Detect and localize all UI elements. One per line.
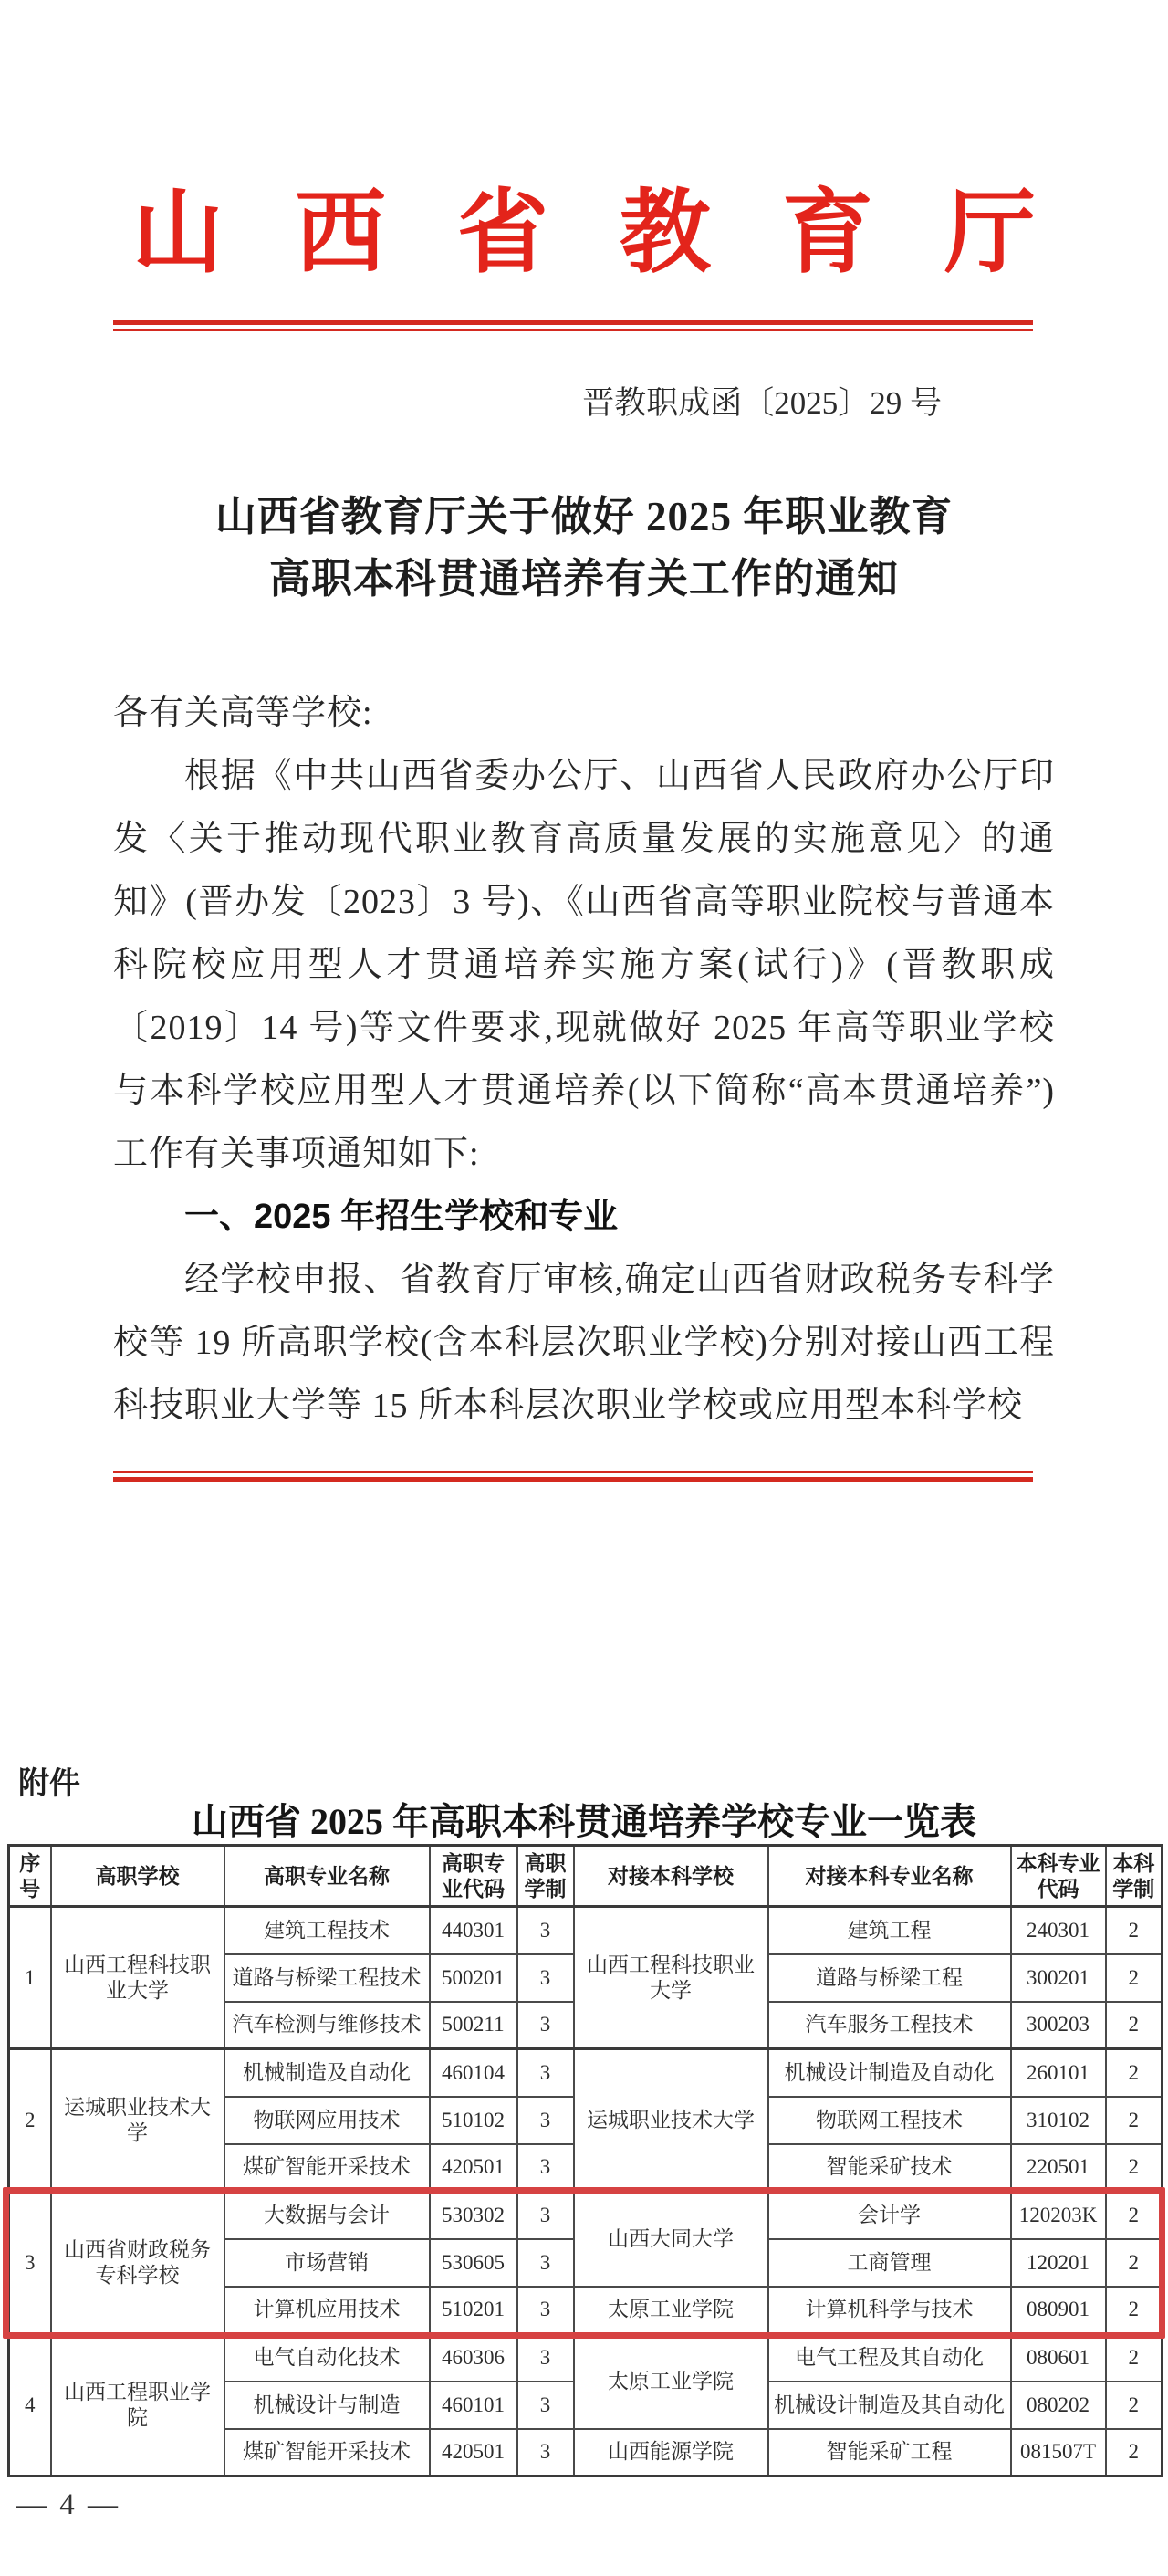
vocational-years-cell: 3 — [517, 2287, 574, 2334]
agency-title-char: 西 — [295, 170, 386, 298]
bachelor-major-cell: 道路与桥梁工程 — [768, 1954, 1011, 2002]
bachelor-school-cell: 山西大同大学 — [574, 2192, 768, 2287]
table-title: 山西省 2025 年高职本科贯通培养学校专业一览表 — [0, 1793, 1168, 1845]
vocational-code-cell: 500211 — [430, 2002, 517, 2049]
vocational-major-cell: 电气自动化技术 — [224, 2334, 430, 2382]
vocational-years-cell: 3 — [517, 2192, 574, 2239]
bachelor-years-cell: 2 — [1106, 1954, 1163, 2002]
doc-number: 晋教职成函〔2025〕29 号 — [0, 378, 942, 424]
bachelor-code-cell: 260101 — [1011, 2049, 1106, 2097]
vocational-school-cell: 运城职业技术大学 — [51, 2049, 224, 2192]
vocational-years-cell: 3 — [517, 2239, 574, 2287]
table-row: 4山西工程职业学院电气自动化技术4603063太原工业学院电气工程及其自动化08… — [9, 2334, 1163, 2382]
column-header: 本科专业代码 — [1011, 1846, 1106, 1907]
document-title-line1: 山西省教育厅关于做好 2025 年职业教育 — [0, 486, 1168, 548]
vocational-school-cell: 山西工程科技职业大学 — [51, 1907, 224, 2049]
vocational-major-cell: 计算机应用技术 — [224, 2287, 430, 2334]
table-container: 序号高职学校高职专业名称高职专业代码高职学制对接本科学校对接本科专业名称本科专业… — [7, 1844, 1161, 2477]
vocational-years-cell: 3 — [517, 2144, 574, 2192]
vocational-code-cell: 510102 — [430, 2097, 517, 2144]
bachelor-major-cell: 智能采矿工程 — [768, 2429, 1011, 2477]
document-page: 山西省教育厅 晋教职成函〔2025〕29 号 山西省教育厅关于做好 2025 年… — [0, 0, 1168, 2576]
seq-cell: 2 — [9, 2049, 51, 2192]
bachelor-major-cell: 汽车服务工程技术 — [768, 2002, 1011, 2049]
bachelor-school-cell: 山西能源学院 — [574, 2429, 768, 2477]
bachelor-code-cell: 240301 — [1011, 1907, 1106, 1954]
document-title: 山西省教育厅关于做好 2025 年职业教育 高职本科贯通培养有关工作的通知 — [0, 486, 1168, 610]
salutation: 各有关高等学校: — [113, 682, 1055, 745]
vocational-years-cell: 3 — [517, 2334, 574, 2382]
column-header: 序号 — [9, 1846, 51, 1907]
bachelor-major-cell: 电气工程及其自动化 — [768, 2334, 1011, 2382]
agency-title-char: 山 — [132, 170, 224, 298]
vocational-major-cell: 汽车检测与维修技术 — [224, 2002, 430, 2049]
table-row: 2运城职业技术大学机械制造及自动化4601043运城职业技术大学机械设计制造及自… — [9, 2049, 1163, 2097]
agency-title-char: 教 — [620, 170, 711, 298]
seq-cell: 3 — [9, 2192, 51, 2334]
bachelor-years-cell: 2 — [1106, 2097, 1163, 2144]
bachelor-major-cell: 会计学 — [768, 2192, 1011, 2239]
vocational-school-cell: 山西工程职业学院 — [51, 2334, 224, 2477]
vocational-years-cell: 3 — [517, 2002, 574, 2049]
vocational-major-cell: 机械设计与制造 — [224, 2382, 430, 2429]
column-header: 高职学校 — [51, 1846, 224, 1907]
vocational-code-cell: 530302 — [430, 2192, 517, 2239]
vocational-major-cell: 煤矿智能开采技术 — [224, 2144, 430, 2192]
column-header: 对接本科专业名称 — [768, 1846, 1011, 1907]
vocational-years-cell: 3 — [517, 2382, 574, 2429]
vocational-major-cell: 大数据与会计 — [224, 2192, 430, 2239]
header-row: 序号高职学校高职专业名称高职专业代码高职学制对接本科学校对接本科专业名称本科专业… — [9, 1846, 1163, 1907]
vocational-years-cell: 3 — [517, 2049, 574, 2097]
bachelor-major-cell: 建筑工程 — [768, 1907, 1011, 1954]
bachelor-code-cell: 080202 — [1011, 2382, 1106, 2429]
bachelor-years-cell: 2 — [1106, 2287, 1163, 2334]
vocational-school-cell: 山西省财政税务专科学校 — [51, 2192, 224, 2334]
vocational-code-cell: 460306 — [430, 2334, 517, 2382]
column-header: 高职专业名称 — [224, 1846, 430, 1907]
bachelor-years-cell: 2 — [1106, 1907, 1163, 1954]
vocational-code-cell: 420501 — [430, 2144, 517, 2192]
table-body: 1山西工程科技职业大学建筑工程技术4403013山西工程科技职业大学建筑工程24… — [9, 1907, 1163, 2477]
bachelor-code-cell: 080901 — [1011, 2287, 1106, 2334]
bachelor-code-cell: 120203K — [1011, 2192, 1106, 2239]
agency-title-char: 省 — [457, 170, 548, 298]
bachelor-years-cell: 2 — [1106, 2144, 1163, 2192]
document-title-line2: 高职本科贯通培养有关工作的通知 — [0, 548, 1168, 610]
bachelor-school-cell: 运城职业技术大学 — [574, 2049, 768, 2192]
bachelor-major-cell: 机械设计制造及其自动化 — [768, 2382, 1011, 2429]
table-header: 序号高职学校高职专业名称高职专业代码高职学制对接本科学校对接本科专业名称本科专业… — [9, 1846, 1163, 1907]
agency-title-char: 厅 — [944, 170, 1036, 298]
bachelor-years-cell: 2 — [1106, 2429, 1163, 2477]
vocational-code-cell: 530605 — [430, 2239, 517, 2287]
document-body: 各有关高等学校: 根据《中共山西省委办公厅、山西省人民政府办公厅印发〈关于推动现… — [113, 682, 1055, 1438]
vocational-major-cell: 市场营销 — [224, 2239, 430, 2287]
bachelor-major-cell: 物联网工程技术 — [768, 2097, 1011, 2144]
bachelor-code-cell: 120201 — [1011, 2239, 1106, 2287]
page-number: — 4 — — [16, 2488, 120, 2522]
column-header: 对接本科学校 — [574, 1846, 768, 1907]
section-heading: 一、2025 年招生学校和专业 — [113, 1186, 1055, 1249]
bachelor-school-cell: 山西工程科技职业大学 — [574, 1907, 768, 2049]
bachelor-years-cell: 2 — [1106, 2049, 1163, 2097]
vocational-code-cell: 460104 — [430, 2049, 517, 2097]
vocational-major-cell: 煤矿智能开采技术 — [224, 2429, 430, 2477]
vocational-major-cell: 物联网应用技术 — [224, 2097, 430, 2144]
seq-cell: 1 — [9, 1907, 51, 2049]
column-header: 高职专业代码 — [430, 1846, 517, 1907]
paragraph-school-list: 经学校申报、省教育厅审核,确定山西省财政税务专科学校等 19 所高职学校(含本科… — [113, 1249, 1055, 1438]
vocational-major-cell: 机械制造及自动化 — [224, 2049, 430, 2097]
vocational-code-cell: 500201 — [430, 1954, 517, 2002]
paragraph-legal-basis: 根据《中共山西省委办公厅、山西省人民政府办公厅印发〈关于推动现代职业教育高质量发… — [113, 745, 1055, 1186]
agency-title-char: 育 — [782, 170, 873, 298]
program-table: 序号高职学校高职专业名称高职专业代码高职学制对接本科学校对接本科专业名称本科专业… — [7, 1844, 1163, 2477]
bachelor-code-cell: 080601 — [1011, 2334, 1106, 2382]
bachelor-years-cell: 2 — [1106, 2334, 1163, 2382]
vocational-years-cell: 3 — [517, 1907, 574, 1954]
bachelor-major-cell: 工商管理 — [768, 2239, 1011, 2287]
bachelor-years-cell: 2 — [1106, 2382, 1163, 2429]
bachelor-school-cell: 太原工业学院 — [574, 2334, 768, 2429]
footer-divider-line — [113, 1471, 1033, 1482]
bachelor-major-cell: 机械设计制造及自动化 — [768, 2049, 1011, 2097]
vocational-major-cell: 道路与桥梁工程技术 — [224, 1954, 430, 2002]
bachelor-years-cell: 2 — [1106, 2192, 1163, 2239]
bachelor-code-cell: 310102 — [1011, 2097, 1106, 2144]
bachelor-code-cell: 300201 — [1011, 1954, 1106, 2002]
bachelor-code-cell: 300203 — [1011, 2002, 1106, 2049]
column-header: 高职学制 — [517, 1846, 574, 1907]
bachelor-code-cell: 081507T — [1011, 2429, 1106, 2477]
seq-cell: 4 — [9, 2334, 51, 2477]
agency-title: 山西省教育厅 — [0, 170, 1168, 298]
bachelor-years-cell: 2 — [1106, 2239, 1163, 2287]
bachelor-years-cell: 2 — [1106, 2002, 1163, 2049]
vocational-code-cell: 440301 — [430, 1907, 517, 1954]
bachelor-major-cell: 智能采矿技术 — [768, 2144, 1011, 2192]
bachelor-code-cell: 220501 — [1011, 2144, 1106, 2192]
column-header: 本科学制 — [1106, 1846, 1163, 1907]
vocational-code-cell: 510201 — [430, 2287, 517, 2334]
table-row: 3山西省财政税务专科学校大数据与会计5303023山西大同大学会计学120203… — [9, 2192, 1163, 2239]
table-row: 1山西工程科技职业大学建筑工程技术4403013山西工程科技职业大学建筑工程24… — [9, 1907, 1163, 1954]
bachelor-major-cell: 计算机科学与技术 — [768, 2287, 1011, 2334]
header-divider-line — [113, 320, 1033, 331]
vocational-code-cell: 460101 — [430, 2382, 517, 2429]
vocational-major-cell: 建筑工程技术 — [224, 1907, 430, 1954]
vocational-years-cell: 3 — [517, 1954, 574, 2002]
vocational-years-cell: 3 — [517, 2429, 574, 2477]
bachelor-school-cell: 太原工业学院 — [574, 2287, 768, 2334]
vocational-years-cell: 3 — [517, 2097, 574, 2144]
vocational-code-cell: 420501 — [430, 2429, 517, 2477]
